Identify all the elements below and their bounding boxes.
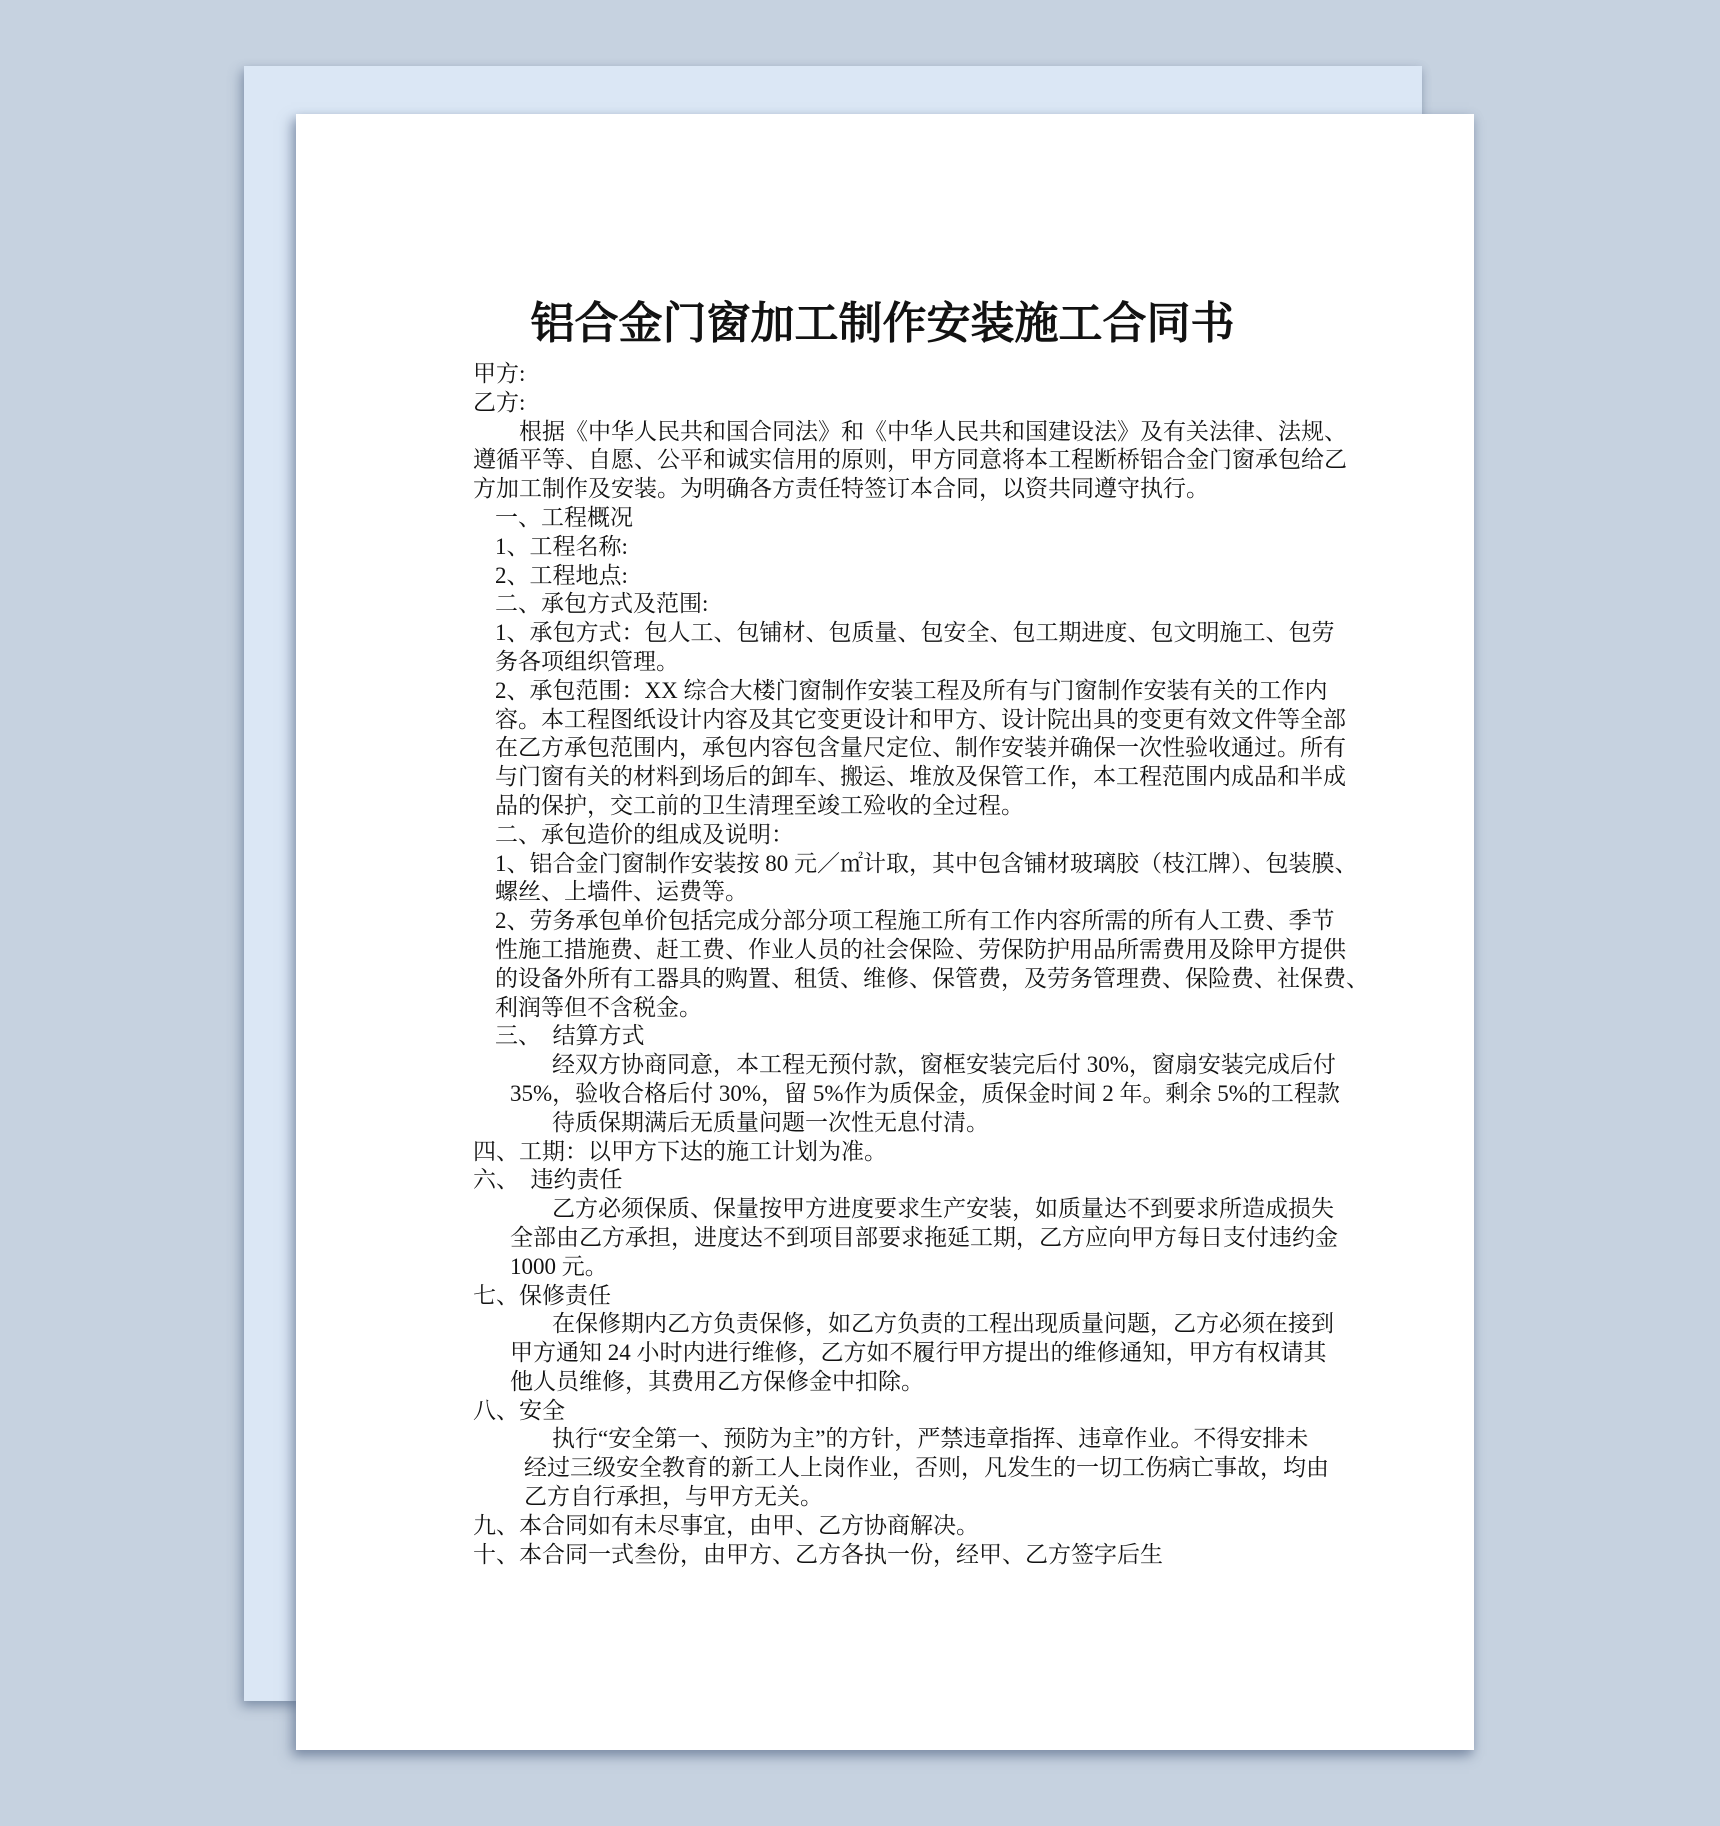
document-line: 九、本合同如有未尽事宜，由甲、乙方协商解决。 <box>473 1512 1292 1541</box>
document-line: 执行“安全第一、预防为主”的方针，严禁违章指挥、违章作业。不得安排未 <box>473 1425 1292 1454</box>
document-line: 在保修期内乙方负责保修，如乙方负责的工程出现质量问题，乙方必须在接到 <box>473 1310 1292 1339</box>
document-lines: 甲方:乙方:根据《中华人民共和国合同法》和《中华人民共和国建设法》及有关法律、法… <box>473 360 1292 1569</box>
document-line: 经过三级安全教育的新工人上岗作业，否则，凡发生的一切工伤病亡事故，均由 <box>473 1454 1292 1483</box>
document-line: 他人员维修，其费用乙方保修金中扣除。 <box>473 1368 1292 1397</box>
document-title: 铝合金门窗加工制作安装施工合同书 <box>473 298 1292 350</box>
document-line: 乙方自行承担，与甲方无关。 <box>473 1483 1292 1512</box>
document-line: 与门窗有关的材料到场后的卸车、搬运、堆放及保管工作，本工程范围内成品和半成 <box>473 763 1292 792</box>
document-line: 在乙方承包范围内，承包内容包含量尺定位、制作安装并确保一次性验收通过。所有 <box>473 734 1292 763</box>
document-line: 根据《中华人民共和国合同法》和《中华人民共和国建设法》及有关法律、法规、 <box>473 418 1292 447</box>
document-line: 螺丝、上墙件、运费等。 <box>473 878 1292 907</box>
document-line: 七、保修责任 <box>473 1282 1292 1311</box>
document-line: 三、 结算方式 <box>473 1022 1292 1051</box>
document-line: 2、承包范围：XX 综合大楼门窗制作安装工程及所有与门窗制作安装有关的工作内 <box>473 677 1292 706</box>
document-line: 容。本工程图纸设计内容及其它变更设计和甲方、设计院出具的变更有效文件等全部 <box>473 706 1292 735</box>
document-line: 二、承包造价的组成及说明： <box>473 821 1292 850</box>
document-line: 遵循平等、自愿、公平和诚实信用的原则，甲方同意将本工程断桥铝合金门窗承包给乙 <box>473 446 1292 475</box>
document-line: 八、安全 <box>473 1397 1292 1426</box>
document-line: 的设备外所有工器具的购置、租赁、维修、保管费，及劳务管理费、保险费、社保费、 <box>473 965 1292 994</box>
document-line: 1000 元。 <box>473 1253 1292 1282</box>
document-line: 方加工制作及安装。为明确各方责任特签订本合同，以资共同遵守执行。 <box>473 475 1292 504</box>
document-line: 二、承包方式及范围: <box>473 590 1292 619</box>
contract-page: 铝合金门窗加工制作安装施工合同书 甲方:乙方:根据《中华人民共和国合同法》和《中… <box>296 114 1474 1750</box>
document-line: 甲方: <box>473 360 1292 389</box>
document-line: 乙方: <box>473 389 1292 418</box>
document-line: 甲方通知 24 小时内进行维修，乙方如不履行甲方提出的维修通知，甲方有权请其 <box>473 1339 1292 1368</box>
document-line: 2、劳务承包单价包括完成分部分项工程施工所有工作内容所需的所有人工费、季节 <box>473 907 1292 936</box>
document-line: 经双方协商同意，本工程无预付款，窗框安装完后付 30%，窗扇安装完成后付 <box>473 1051 1292 1080</box>
document-line: 务各项组织管理。 <box>473 648 1292 677</box>
document-line: 一、工程概况 <box>473 504 1292 533</box>
document-line: 待质保期满后无质量问题一次性无息付清。 <box>473 1109 1292 1138</box>
document-line: 四、工期：以甲方下达的施工计划为准。 <box>473 1138 1292 1167</box>
document-line: 十、本合同一式叁份，由甲方、乙方各执一份，经甲、乙方签字后生 <box>473 1541 1292 1570</box>
document-line: 35%，验收合格后付 30%，留 5%作为质保金，质保金时间 2 年。剩余 5%… <box>473 1080 1292 1109</box>
document-line: 六、 违约责任 <box>473 1166 1292 1195</box>
document-line: 1、铝合金门窗制作安装按 80 元／㎡计取，其中包含铺材玻璃胶（枝江牌）、包装膜… <box>473 850 1292 879</box>
document-line: 利润等但不含税金。 <box>473 994 1292 1023</box>
document-line: 1、承包方式：包人工、包铺材、包质量、包安全、包工期进度、包文明施工、包劳 <box>473 619 1292 648</box>
document-line: 性施工措施费、赶工费、作业人员的社会保险、劳保防护用品所需费用及除甲方提供 <box>473 936 1292 965</box>
contract-content: 铝合金门窗加工制作安装施工合同书 甲方:乙方:根据《中华人民共和国合同法》和《中… <box>296 114 1474 1750</box>
document-line: 2、工程地点: <box>473 562 1292 591</box>
document-line: 品的保护，交工前的卫生清理至竣工殓收的全过程。 <box>473 792 1292 821</box>
document-line: 1、工程名称: <box>473 533 1292 562</box>
document-line: 乙方必须保质、保量按甲方进度要求生产安装，如质量达不到要求所造成损失 <box>473 1195 1292 1224</box>
document-line: 全部由乙方承担，进度达不到项目部要求拖延工期，乙方应向甲方每日支付违约金 <box>473 1224 1292 1253</box>
desktop-background: { "page": { "background_color": "#c6d2e0… <box>0 0 1720 1826</box>
